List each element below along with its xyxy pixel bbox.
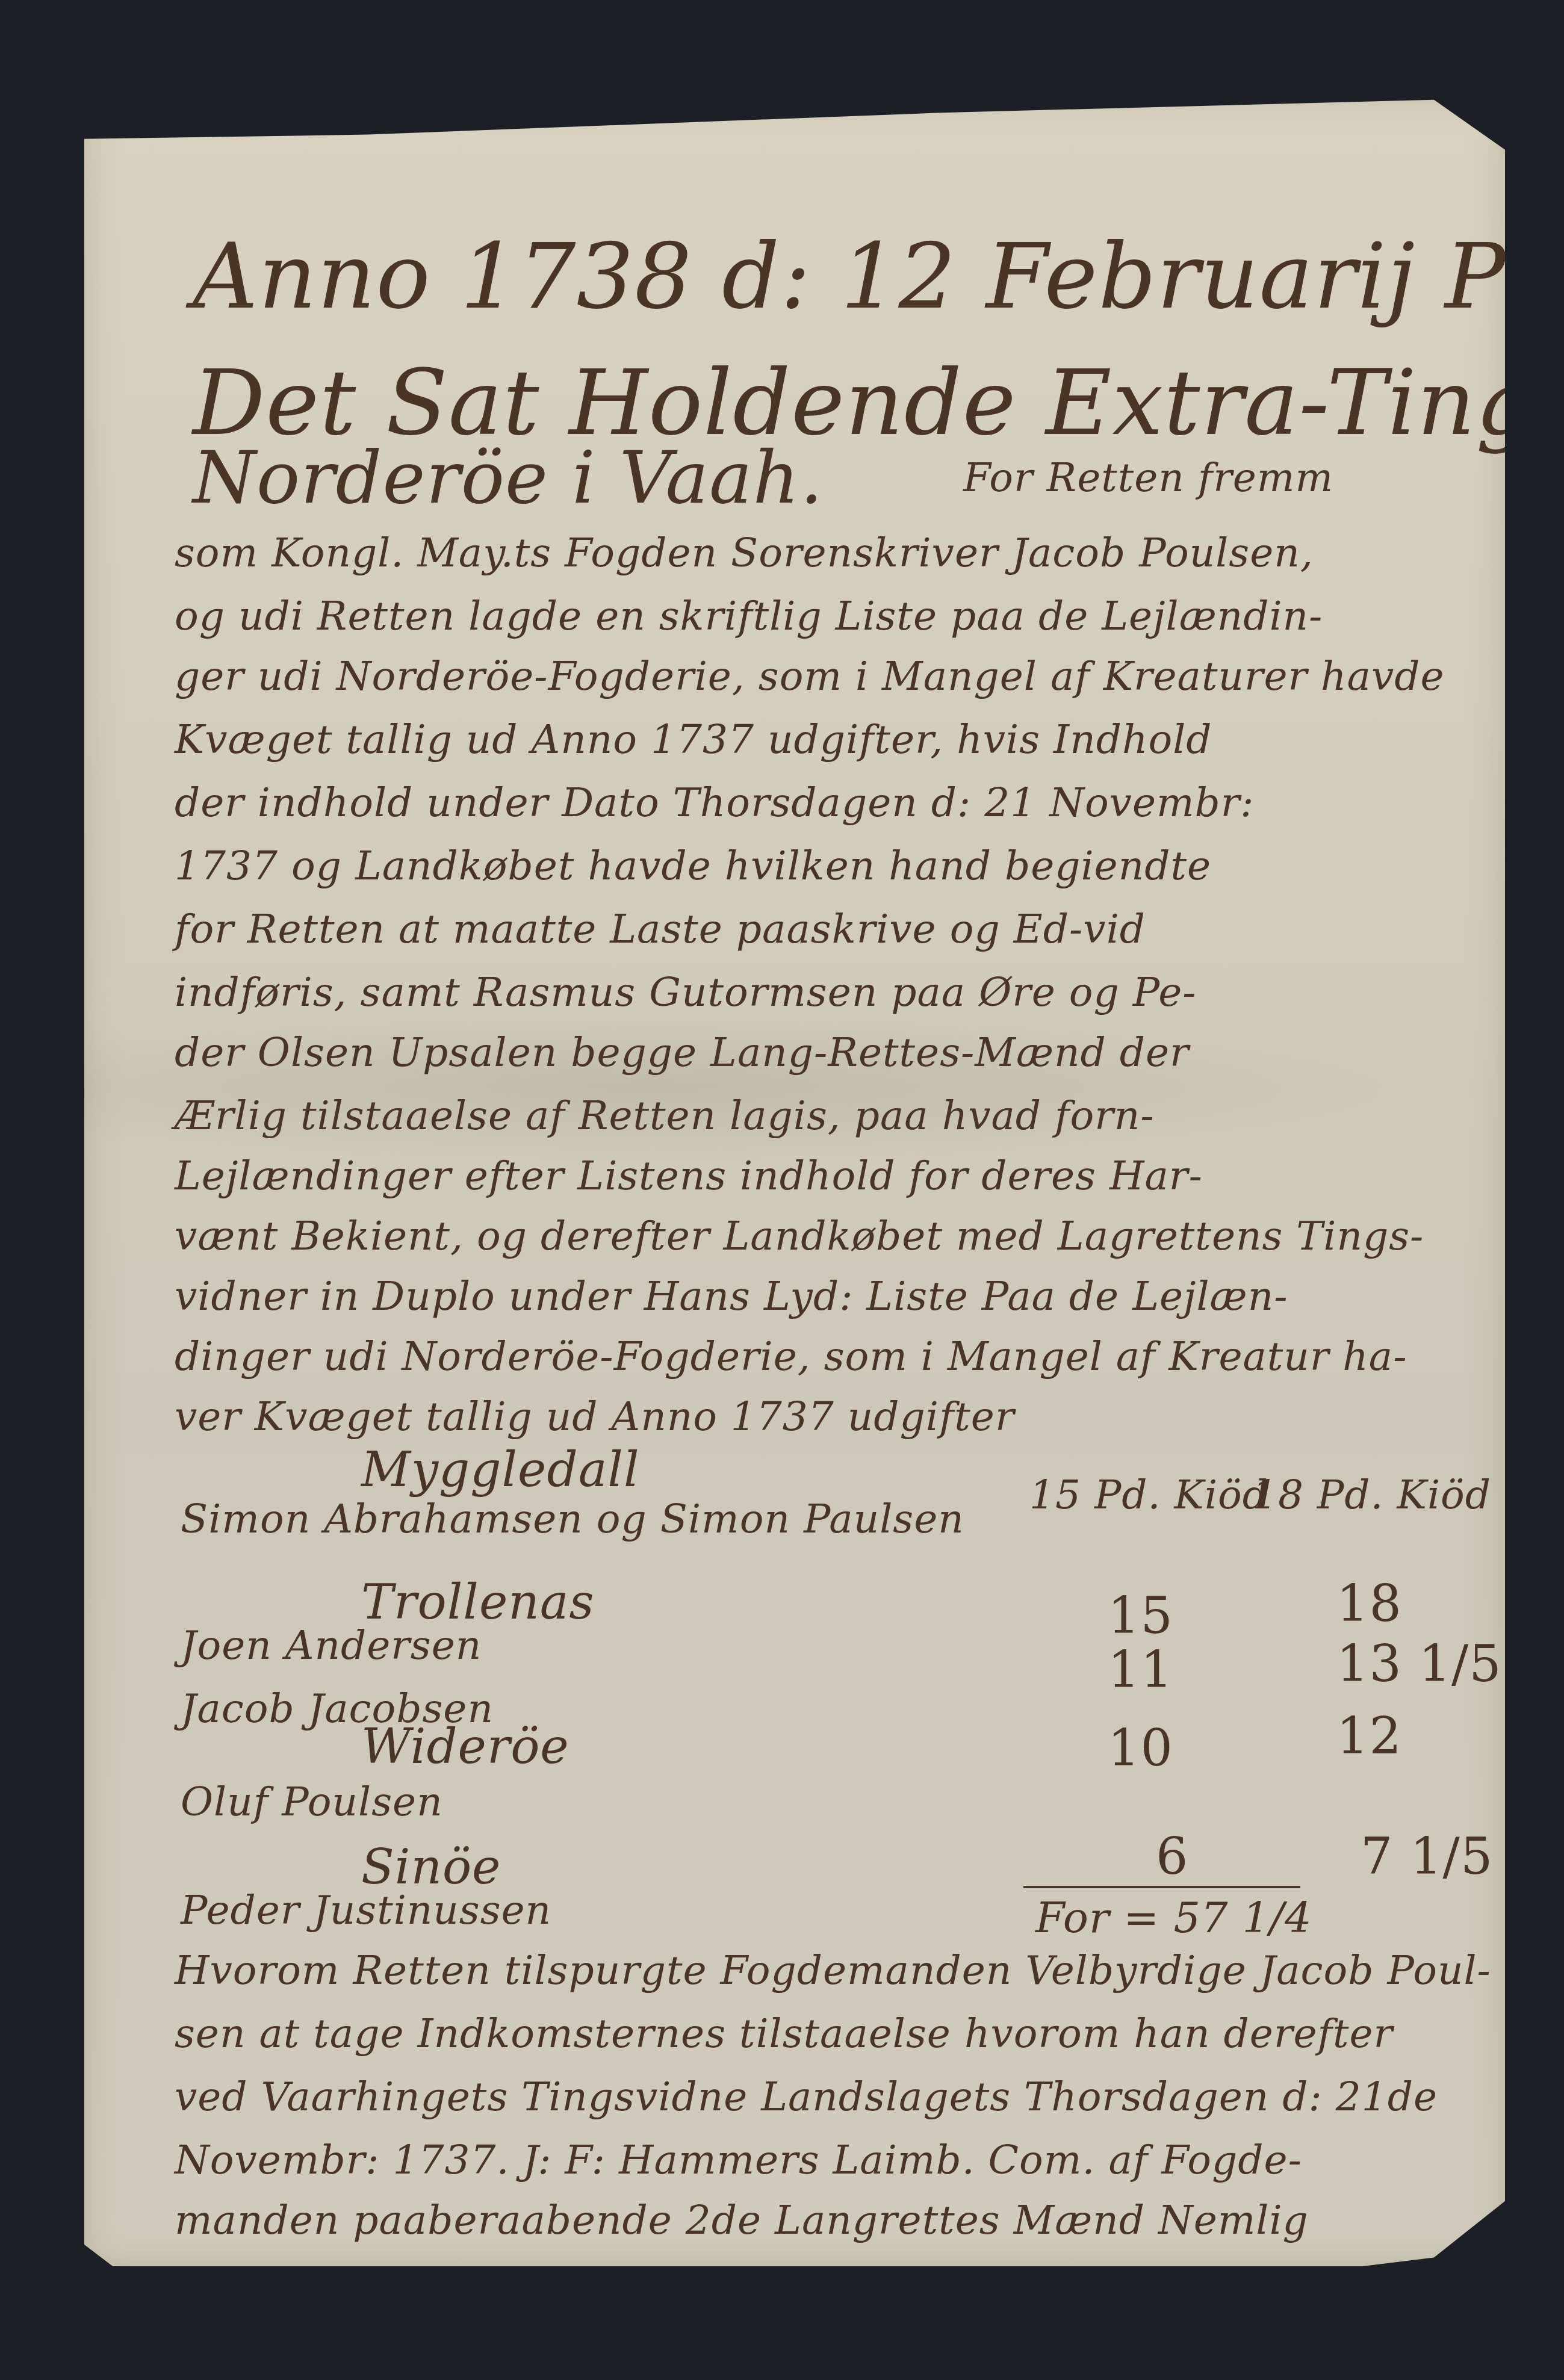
body-line: Lejlændinger efter Listens indhold for d…: [175, 1153, 1203, 1199]
list-name: Joen Andersen: [181, 1622, 482, 1669]
heading-line-3: Norderöe i Vaah.: [193, 442, 824, 515]
list-name: Oluf Poulsen: [181, 1779, 443, 1825]
body-line: 1737 og Landkøbet havde hvilken hand beg…: [175, 843, 1211, 889]
closing-line: sen at tage Indkomsternes tilstaaelse hv…: [175, 2010, 1393, 2057]
body-line: Ærlig tilstaaelse af Retten lagis, paa h…: [175, 1092, 1155, 1139]
list-value-2: 13 1/5: [1336, 1634, 1502, 1693]
list-name: Peder Justinussen: [181, 1887, 551, 1933]
body-line: dinger udi Norderöe-Fogderie, som i Mang…: [175, 1333, 1407, 1380]
body-line: For Retten fremm: [963, 454, 1333, 501]
list-value-1: 6: [1156, 1827, 1188, 1886]
wax-stain: [734, 2320, 771, 2375]
body-line: vænt Bekient, og derefter Landkøbet med …: [175, 1213, 1424, 1259]
closing-line: ved Vaarhingets Tingsvidne Landslagets T…: [175, 2074, 1438, 2120]
closing-line: manden paaberaabende 2de Langrettes Mænd…: [175, 2197, 1309, 2243]
closing-line: Novembr: 1737. J: F: Hammers Laimb. Com.…: [175, 2137, 1302, 2183]
list-place: Myggledall: [361, 1442, 640, 1498]
heading-line-1: Anno 1738 d: 12 Februarij Paa: [193, 232, 1564, 322]
list-value-1: 10: [1108, 1718, 1173, 1777]
body-line: ver Kvæget tallig ud Anno 1737 udgifter: [175, 1393, 1014, 1440]
total-rule: [1023, 1886, 1300, 1888]
closing-line: Rasmus Gutormsen og Peder Olsen fremstod…: [175, 2260, 1178, 2307]
list-place: Wideröe: [361, 1718, 569, 1774]
list-value-2: 7 1/5: [1361, 1827, 1493, 1886]
list-value-1: 11: [1108, 1640, 1173, 1699]
list-value-2: 18: [1336, 1574, 1402, 1633]
body-line: vidner in Duplo under Hans Lyd: Liste Pa…: [175, 1273, 1288, 1319]
list-name: Simon Abrahamsen og Simon Paulsen: [181, 1496, 964, 1542]
closing-line: Hvorom Retten tilspurgte Fogdemanden Vel…: [175, 1947, 1491, 1994]
list-value-1: 15: [1108, 1586, 1173, 1645]
body-line: indføris, samt Rasmus Gutormsen paa Øre …: [175, 969, 1197, 1015]
body-line: Kvæget tallig ud Anno 1737 udgifter, hvi…: [175, 716, 1212, 763]
body-line: der indhold under Dato Thorsdagen d: 21 …: [175, 779, 1255, 826]
list-value-2: 18 Pd. Kiöd: [1252, 1472, 1491, 1518]
manuscript-page: Anno 1738 d: 12 Februarij Paa Det Sat Ho…: [84, 93, 1505, 2266]
body-line: ger udi Norderöe-Fogderie, som i Mangel …: [175, 653, 1445, 699]
body-line: som Kongl. May.ts Fogden Sorenskriver Ja…: [175, 530, 1314, 576]
body-line: for Retten at maatte Laste paaskrive og …: [175, 906, 1146, 952]
list-value-2: 12: [1336, 1706, 1402, 1765]
list-value-1: 15 Pd. Kiöd: [1029, 1472, 1268, 1518]
heading-line-2: Det Sat Holdende Extra-Ting udi: [193, 358, 1564, 448]
list-total: For = 57 1/4: [1035, 1893, 1312, 1942]
body-line: og udi Retten lagde en skriftlig Liste p…: [175, 593, 1323, 639]
body-line: der Olsen Upsalen begge Lang-Rettes-Mænd…: [175, 1029, 1190, 1076]
